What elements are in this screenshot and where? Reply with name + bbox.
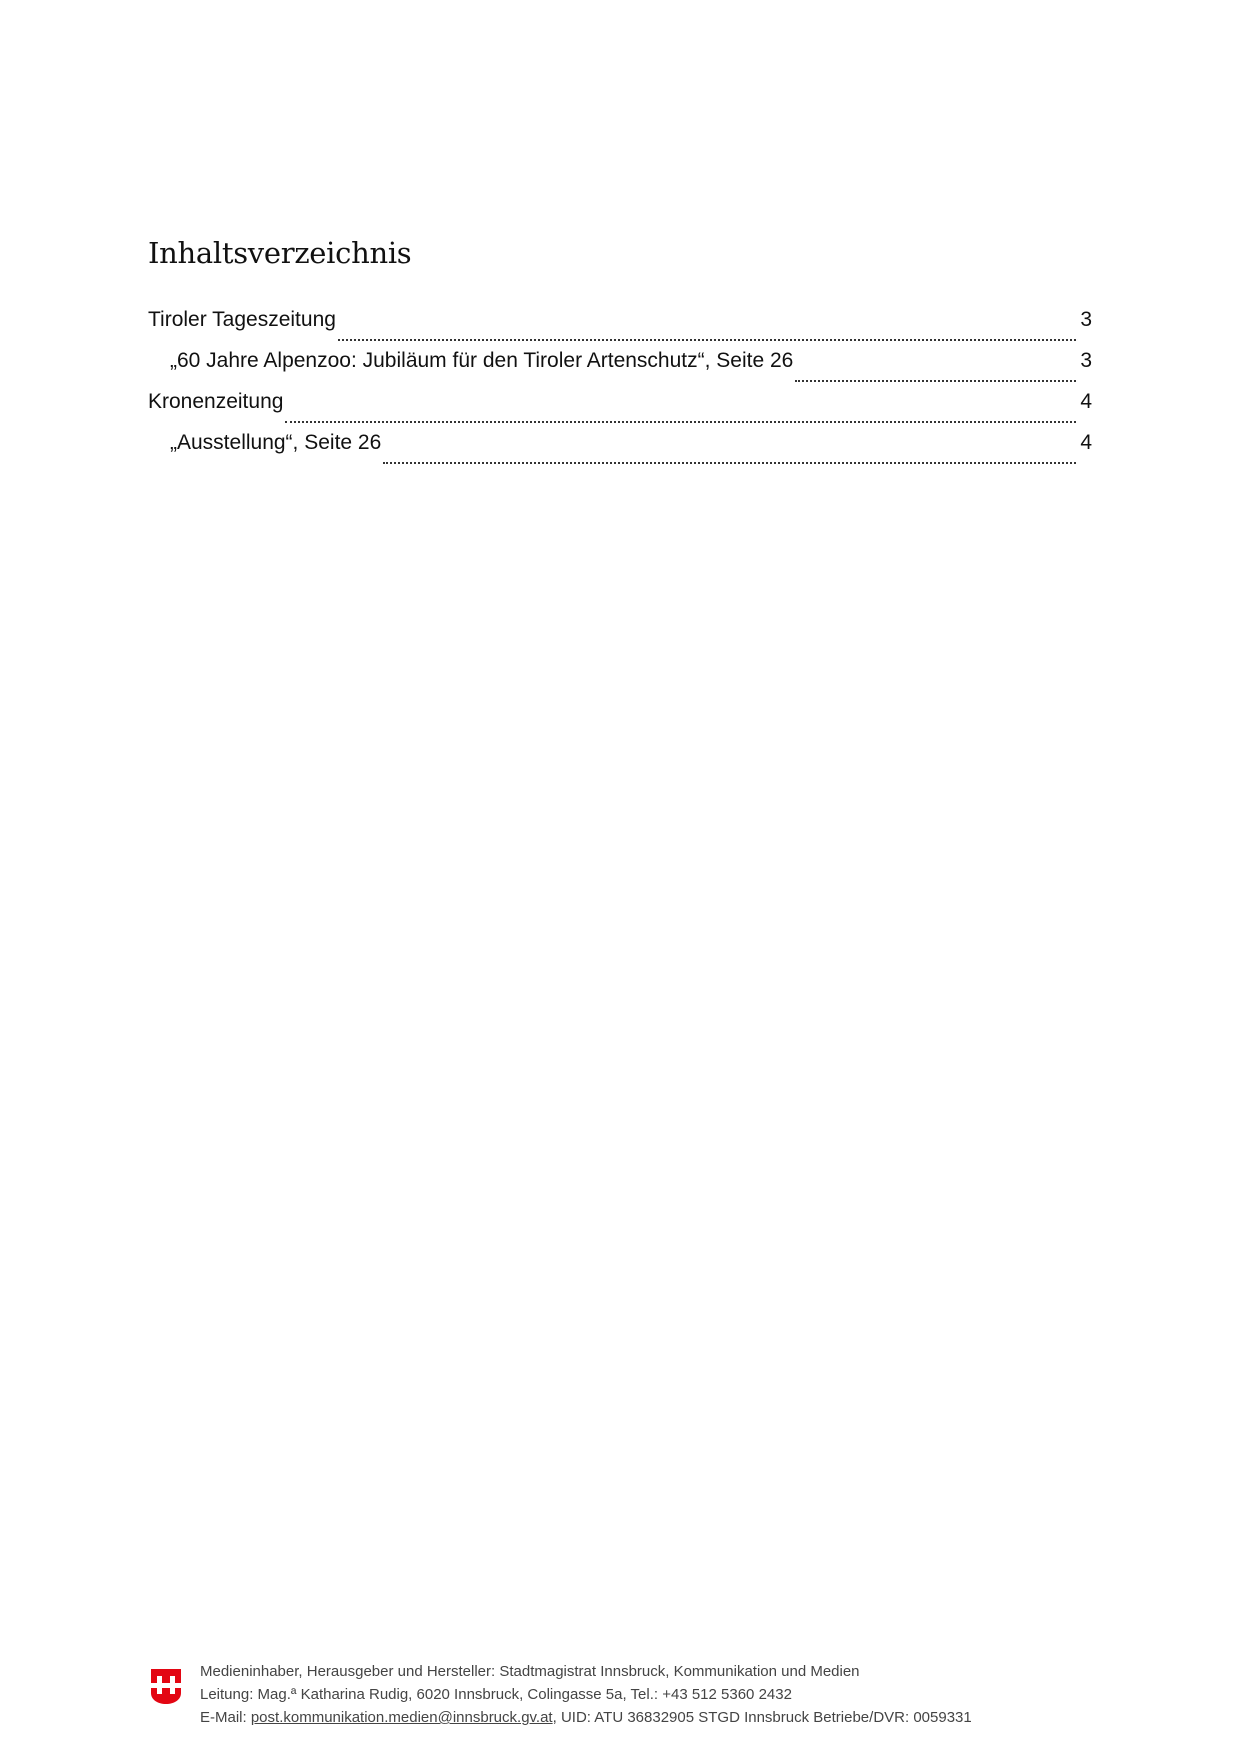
footer-line-management: Leitung: Mag.ª Katharina Rudig, 6020 Inn…	[200, 1683, 972, 1706]
document-page: Inhaltsverzeichnis Tiroler Tageszeitung …	[0, 0, 1241, 1754]
toc-entry-page: 3	[1080, 308, 1092, 332]
toc-entry[interactable]: Kronenzeitung 4	[148, 390, 1092, 431]
dot-leader	[383, 462, 1076, 464]
toc-entry-page: 4	[1080, 431, 1092, 455]
toc-entry-label: Tiroler Tageszeitung	[148, 308, 336, 332]
page-footer: Medieninhaber, Herausgeber und Herstelle…	[150, 1660, 972, 1729]
uid-text: , UID: ATU 36832905 STGD Innsbruck Betri…	[553, 1709, 972, 1726]
table-of-contents: Tiroler Tageszeitung 3 „60 Jahre Alpenzo…	[148, 308, 1092, 472]
toc-entry-label: Kronenzeitung	[148, 390, 283, 414]
email-label: E-Mail:	[200, 1709, 251, 1726]
toc-entry[interactable]: „60 Jahre Alpenzoo: Jubiläum für den Tir…	[148, 349, 1092, 390]
innsbruck-city-logo-icon	[150, 1666, 182, 1706]
toc-entry-label: „60 Jahre Alpenzoo: Jubiläum für den Tir…	[170, 349, 793, 373]
dot-leader	[285, 421, 1076, 423]
toc-entry[interactable]: Tiroler Tageszeitung 3	[148, 308, 1092, 349]
dot-leader	[338, 339, 1076, 341]
footer-line-publisher: Medieninhaber, Herausgeber und Herstelle…	[200, 1660, 972, 1683]
toc-entry-page: 4	[1080, 390, 1092, 414]
toc-entry-page: 3	[1080, 349, 1092, 373]
toc-entry-label: „Ausstellung“, Seite 26	[170, 431, 381, 455]
toc-title: Inhaltsverzeichnis	[148, 236, 411, 270]
footer-line-contact: E-Mail: post.kommunikation.medien@innsbr…	[200, 1706, 972, 1729]
toc-entry[interactable]: „Ausstellung“, Seite 26 4	[148, 431, 1092, 472]
footer-imprint: Medieninhaber, Herausgeber und Herstelle…	[200, 1660, 972, 1729]
email-link[interactable]: post.kommunikation.medien@innsbruck.gv.a…	[251, 1709, 553, 1726]
dot-leader	[795, 380, 1076, 382]
